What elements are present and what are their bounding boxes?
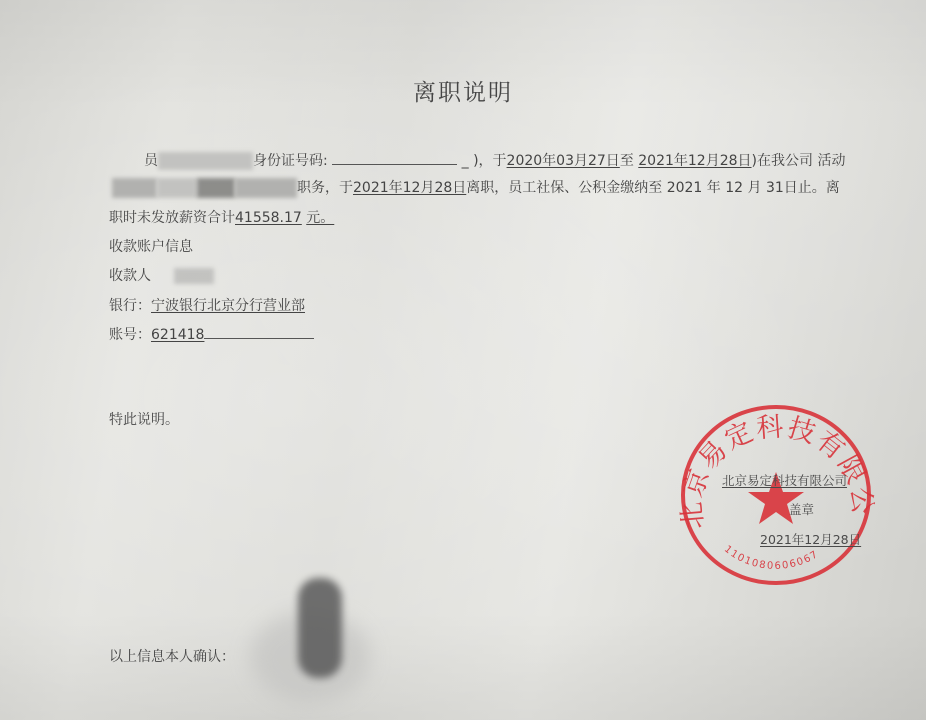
account-row: 账号：621418 <box>109 324 314 344</box>
bank-row: 银行：宁波银行北京分行营业部 <box>109 295 305 315</box>
redacted-name <box>158 152 253 170</box>
redacted-block <box>197 178 235 198</box>
bank-name: 宁波银行北京分行营业部 <box>151 298 305 314</box>
paragraph-line-3: 职时未发放薪资合计41558.17 元。 <box>109 207 334 227</box>
paragraph-line-1: 员身份证号码: _ )，于2020年03月27日至 2021年12月28日)在我… <box>144 150 845 170</box>
account-info-heading: 收款账户信息 <box>109 236 193 256</box>
payee-row: 收款人 <box>109 265 214 285</box>
seal-overlay-date: 2021年12月28日 <box>760 530 861 548</box>
redacted-block <box>157 178 197 198</box>
redacted-position <box>235 178 297 198</box>
closing-statement: 特此说明。 <box>109 409 179 429</box>
confirmation-label: 以上信息本人确认： <box>109 646 235 666</box>
paragraph-line-2: 职务，于2021年12月28日离职，员工社保、公积金缴纳至 2021 年 12 … <box>112 177 840 198</box>
end-date: 2021年12月28日 <box>638 153 751 169</box>
seal-graphic: 北京易定科技有限公司 1101080606067 <box>676 400 876 590</box>
account-number-blank <box>204 338 314 339</box>
bank-label: 银行： <box>109 298 151 314</box>
unpaid-salary-amount: 41558.17 <box>235 210 302 226</box>
redacted-signature <box>298 578 342 678</box>
seal-overlay-label: 盖章 <box>789 500 814 518</box>
redacted-department <box>112 178 157 198</box>
company-seal: 北京易定科技有限公司 1101080606067 北京易定科技有限公司 盖章 2… <box>676 400 876 590</box>
start-date: 2020年03月27日 <box>507 153 620 169</box>
redacted-payee <box>174 268 214 284</box>
account-label: 账号： <box>109 327 151 343</box>
document-title: 离职说明 <box>0 74 926 107</box>
paper-background <box>0 0 926 720</box>
id-label: 身份证号码: <box>253 153 328 169</box>
id-number-blank <box>332 164 457 165</box>
leave-date: 2021年12月28日 <box>353 180 466 196</box>
payee-label: 收款人 <box>109 268 151 284</box>
account-number: 621418 <box>151 327 204 343</box>
seal-overlay-company: 北京易定科技有限公司 <box>722 471 847 489</box>
